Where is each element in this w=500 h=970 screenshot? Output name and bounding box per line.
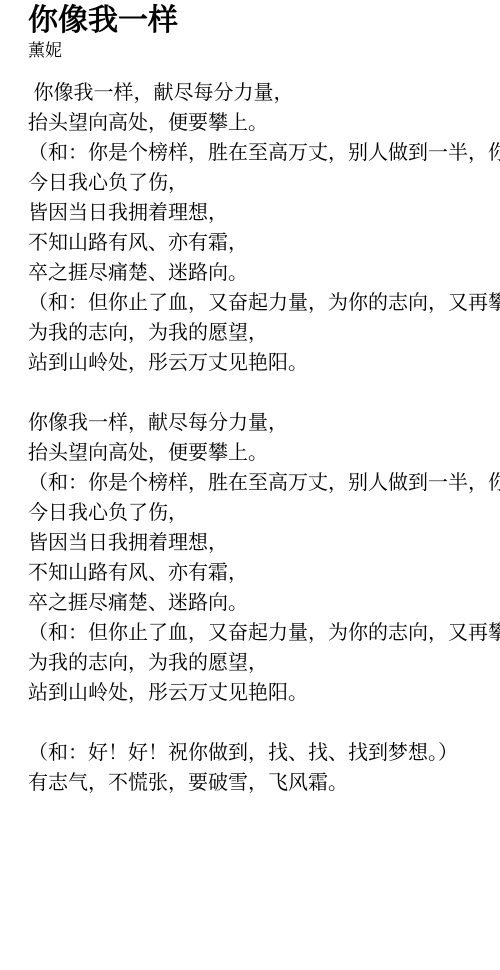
lyric-line: （和：但你止了血，又奋起力量，为你的志向，又再攀 (28, 618, 500, 648)
lyric-line: （和：好！好！祝你做到，找、找、找到梦想。） (28, 738, 500, 768)
stanza: 你像我一样，献尽每分力量，抬头望向高处，便要攀上。（和：你是个榜样，胜在至高万丈… (28, 78, 500, 378)
lyric-line: （和：但你止了血，又奋起力量，为你的志向，又再攀 (28, 288, 500, 318)
lyric-line: 今日我心负了伤， (28, 168, 500, 198)
lyric-line: 卒之捱尽痛楚、迷路向。 (28, 588, 500, 618)
lyric-line: 皆因当日我拥着理想， (28, 198, 500, 228)
lyric-line: 卒之捱尽痛楚、迷路向。 (28, 258, 500, 288)
lyric-line: 不知山路有风、亦有霜， (28, 558, 500, 588)
lyric-line: 你像我一样，献尽每分力量， (28, 408, 500, 438)
lyric-line: 为我的志向，为我的愿望， (28, 648, 500, 678)
lyric-line: 抬头望向高处，便要攀上。 (28, 438, 500, 468)
lyric-line: （和：你是个榜样，胜在至高万丈，别人做到一半，你 (28, 138, 500, 168)
lyric-line: 今日我心负了伤， (28, 498, 500, 528)
lyric-line: 不知山路有风、亦有霜， (28, 228, 500, 258)
artist-name: 薰妮 (28, 40, 500, 62)
lyric-line: 皆因当日我拥着理想， (28, 528, 500, 558)
lyric-line: 有志气，不慌张，要破雪，飞风霜。 (28, 768, 500, 798)
lyric-line: 你像我一样，献尽每分力量， (28, 78, 500, 108)
page-title: 你像我一样 (28, 4, 500, 38)
lyric-line: （和：你是个榜样，胜在至高万丈，别人做到一半，你 (28, 468, 500, 498)
lyric-line: 站到山岭处，彤云万丈见艳阳。 (28, 678, 500, 708)
lyric-line: 站到山岭处，彤云万丈见艳阳。 (28, 348, 500, 378)
stanza: 你像我一样，献尽每分力量，抬头望向高处，便要攀上。（和：你是个榜样，胜在至高万丈… (28, 408, 500, 708)
stanza: （和：好！好！祝你做到，找、找、找到梦想。）有志气，不慌张，要破雪，飞风霜。 (28, 738, 500, 798)
lyrics-body: 你像我一样，献尽每分力量，抬头望向高处，便要攀上。（和：你是个榜样，胜在至高万丈… (28, 78, 500, 798)
lyrics-page: 你像我一样 薰妮 你像我一样，献尽每分力量，抬头望向高处，便要攀上。（和：你是个… (0, 0, 500, 970)
lyric-line: 抬头望向高处，便要攀上。 (28, 108, 500, 138)
lyric-line: 为我的志向，为我的愿望， (28, 318, 500, 348)
